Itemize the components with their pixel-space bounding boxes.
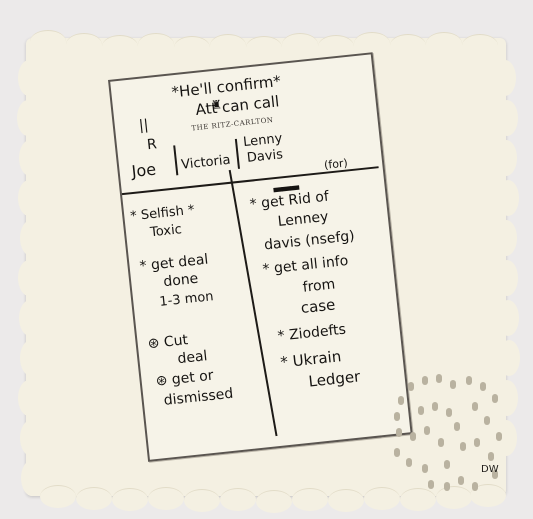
name-victoria: Victoria	[181, 154, 231, 172]
name-joe: Joe	[131, 162, 157, 180]
divider-line	[173, 145, 178, 175]
left-item-2: * get deal	[139, 253, 209, 274]
left-item-1: * Selfish *	[130, 204, 195, 224]
left-item-2-line3: 1-3 mon	[159, 290, 214, 309]
horizontal-divider	[122, 166, 379, 195]
left-item-4-line2: dismissed	[163, 387, 234, 408]
asterisk-icon: *	[277, 328, 286, 345]
right-item-4: * Ukrain	[280, 349, 342, 370]
embroidered-note: *He'll confirm* Att can call ♜ THE RITZ-…	[108, 52, 413, 462]
right-item-4-line2: Ledger	[308, 369, 361, 389]
right-item-2: * get all info	[262, 254, 349, 277]
margin-mark-1: ||	[138, 118, 149, 133]
left-item-1-line2: Toxic	[150, 223, 183, 239]
asterisk-icon: *	[130, 209, 138, 225]
right-item-1: * get Rid of	[249, 190, 329, 212]
right-item-2-line2: from	[302, 277, 336, 294]
left-item-3-line2: deal	[177, 349, 208, 366]
circled-asterisk-icon: ⊛	[155, 372, 168, 389]
asterisk-icon: *	[249, 196, 258, 213]
asterisk-icon: *	[139, 258, 148, 275]
divider-line	[235, 139, 240, 169]
header-line-2: Att can call	[195, 94, 280, 118]
asterisk-icon: *	[262, 261, 271, 278]
right-item-2-line3: case	[300, 298, 336, 317]
left-item-3: ⊛ Cut	[147, 333, 189, 351]
right-item-3: * Ziodefts	[277, 323, 347, 344]
left-item-4: ⊛ get or	[155, 369, 214, 389]
hotel-crest-icon: ♜	[211, 98, 223, 111]
right-item-1-line2: Lenney	[277, 210, 329, 229]
asterisk-icon: *	[280, 353, 289, 372]
left-item-2-line2: done	[163, 272, 199, 290]
margin-mark-2: R	[146, 137, 157, 152]
name-davis: Davis	[246, 148, 283, 165]
circled-asterisk-icon: ⊛	[147, 335, 160, 352]
monogram: DW	[481, 464, 499, 475]
eyelet-lace-corner	[388, 372, 506, 496]
name-lenny: Lenny	[243, 132, 283, 149]
right-item-1-line3: davis (nsefg)	[263, 229, 355, 252]
letterhead: THE RITZ-CARLTON	[191, 117, 274, 133]
